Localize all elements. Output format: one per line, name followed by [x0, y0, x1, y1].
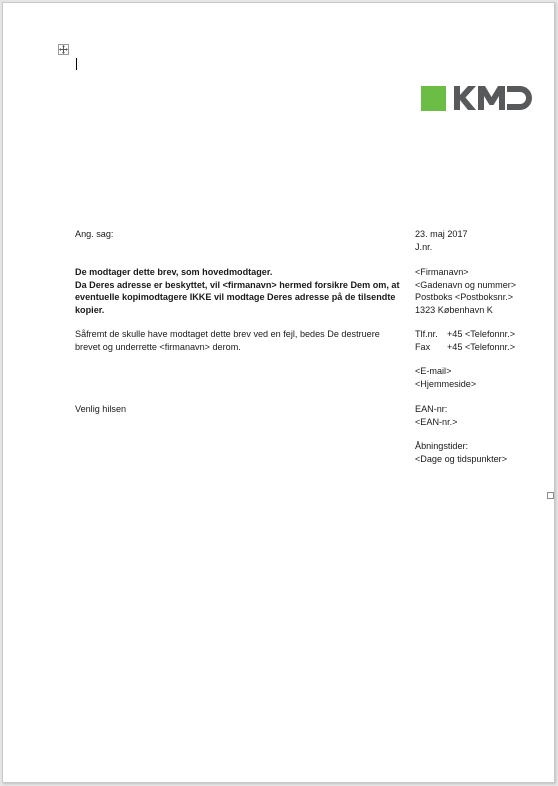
bold-line-1: De modtager dette brev, som hovedmodtage…: [75, 266, 272, 278]
homepage-text: <Hjemmeside>: [415, 378, 476, 390]
opening-hours-label: Åbningstider:: [415, 440, 468, 452]
text-cursor: [76, 58, 77, 70]
phone-row: Tlf.nr. +45 <Telefonnr.>: [415, 328, 515, 340]
bold-line-2: Da Deres adresse er beskyttet, vil <firm…: [75, 279, 400, 291]
ean-value: <EAN-nr.>: [415, 416, 457, 428]
logo-text-kmd: [454, 85, 534, 111]
opening-hours-value: <Dage og tidspunkter>: [415, 453, 507, 465]
paragraph-line-2: brevet og underrette <firmanavn> derom.: [75, 341, 241, 353]
phone-label: Tlf.nr.: [415, 328, 447, 340]
company-name: <Firmanavn>: [415, 266, 469, 278]
table-move-handle-icon[interactable]: [58, 44, 69, 55]
journal-number-label: J.nr.: [415, 241, 432, 253]
closing-text: Venlig hilsen: [75, 403, 126, 415]
logo-green-square: [421, 86, 446, 111]
street-address: <Gadenavn og nummer>: [415, 279, 516, 291]
phone-value: +45 <Telefonnr.>: [447, 328, 515, 340]
document-page[interactable]: Ang. sag: De modtager dette brev, som ho…: [2, 2, 555, 783]
bold-line-4: kopier.: [75, 304, 104, 316]
paragraph-line-1: Såfremt de skulle have modtaget dette br…: [75, 328, 380, 340]
fax-value: +45 <Telefonnr.>: [447, 341, 515, 353]
postal-city: 1323 København K: [415, 304, 493, 316]
kmd-logo: [421, 85, 534, 111]
bold-line-3: eventuelle kopimodtagere IKKE vil modtag…: [75, 291, 395, 303]
fax-label: Fax: [415, 341, 447, 353]
email-text: <E-mail>: [415, 365, 451, 377]
ean-label: EAN-nr:: [415, 403, 447, 415]
subject-label: Ang. sag:: [75, 228, 113, 240]
po-box: Postboks <Postboksnr.>: [415, 291, 513, 303]
fax-row: Fax +45 <Telefonnr.>: [415, 341, 515, 353]
table-resize-handle-icon[interactable]: [547, 492, 554, 499]
date-text: 23. maj 2017: [415, 228, 468, 240]
